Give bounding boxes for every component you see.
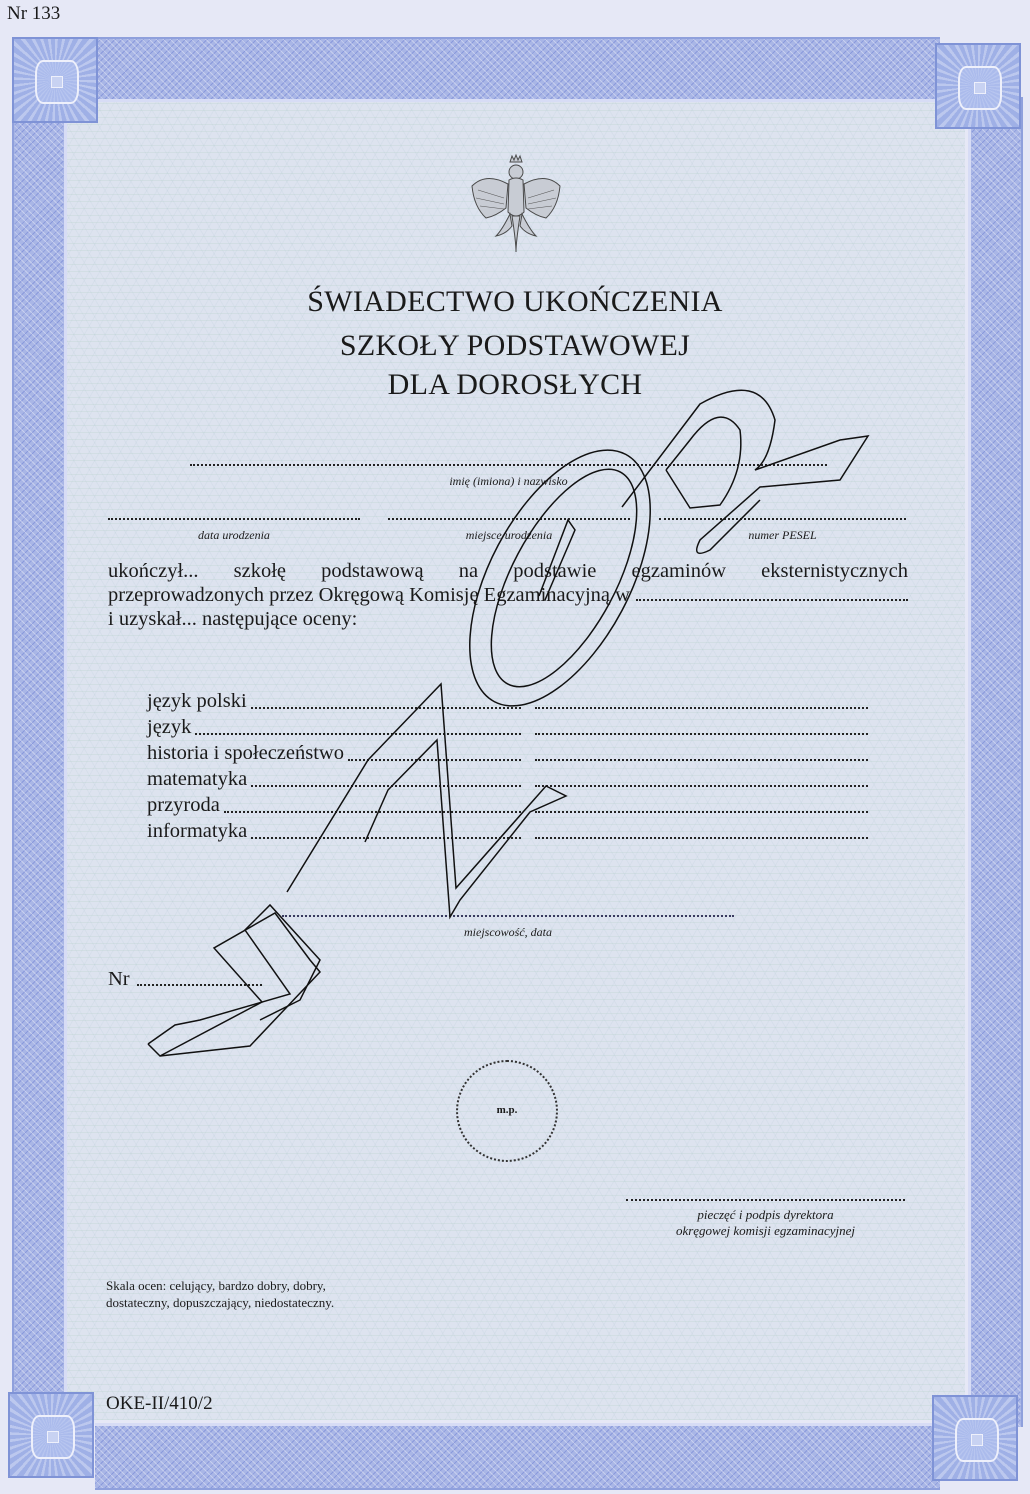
- grade-row: język polski: [147, 687, 247, 713]
- place-date-field[interactable]: [282, 915, 734, 917]
- signature-caption: pieczęć i podpis dyrektora okręgowej kom…: [626, 1207, 905, 1239]
- grade-row: matematyka: [147, 765, 247, 791]
- body-paragraph: ukończył... szkołę podstawową na podstaw…: [108, 559, 908, 631]
- grade-value-field[interactable]: [535, 837, 868, 839]
- word: szkołę: [234, 559, 286, 583]
- grade-subject: przyroda: [147, 794, 220, 817]
- grade-value-field[interactable]: [535, 811, 868, 813]
- word: egzaminów: [632, 559, 727, 583]
- polish-eagle-emblem-icon: [466, 152, 566, 257]
- grade-value-field[interactable]: [535, 785, 868, 787]
- grade-row: historia i społeczeństwo: [147, 739, 344, 765]
- corner-ornament-icon: [935, 43, 1021, 129]
- name-field[interactable]: [190, 464, 827, 466]
- signature-caption-line: okręgowej komisji egzaminacyjnej: [626, 1223, 905, 1239]
- serial-number: Nr 133: [7, 3, 60, 25]
- birth-date-field[interactable]: [108, 518, 360, 520]
- corner-ornament-icon: [932, 1395, 1018, 1481]
- grade-subject-fill: [251, 707, 521, 709]
- birth-date-caption: data urodzenia: [108, 528, 360, 543]
- body-line-1: ukończył... szkołę podstawową na podstaw…: [108, 559, 908, 583]
- grade-subject: język: [147, 716, 191, 739]
- name-caption: imię (imiona) i nazwisko: [190, 474, 827, 489]
- grade-row: informatyka: [147, 817, 247, 843]
- grade-subject: historia i społeczeństwo: [147, 742, 344, 765]
- grade-subject-fill: [195, 733, 521, 735]
- title-line-3: DLA DOROSŁYCH: [0, 366, 1030, 404]
- grade-scale-note: Skala ocen: celujący, bardzo dobry, dobr…: [106, 1277, 334, 1311]
- number-label: Nr: [108, 968, 130, 991]
- word: na: [459, 559, 478, 583]
- grade-scale-line: Skala ocen: celujący, bardzo dobry, dobr…: [106, 1277, 334, 1294]
- birth-place-caption: miejsce urodzenia: [388, 528, 630, 543]
- word: podstawie: [513, 559, 596, 583]
- grade-subject-fill: [251, 837, 521, 839]
- title-line-2: SZKOŁY PODSTAWOWEJ: [0, 327, 1030, 365]
- grade-scale-line: dostateczny, dopuszczający, niedostatecz…: [106, 1294, 334, 1311]
- grade-subject: matematyka: [147, 768, 247, 791]
- grade-subject: informatyka: [147, 820, 247, 843]
- signature-field[interactable]: [626, 1199, 905, 1201]
- grade-value-field[interactable]: [535, 733, 868, 735]
- pesel-caption: numer PESEL: [659, 528, 906, 543]
- guilloche-border-top: [95, 37, 940, 102]
- number-field[interactable]: [137, 984, 262, 986]
- title-line-1: ŚWIADECTWO UKOŃCZENIA: [0, 283, 1030, 321]
- commission-city-field[interactable]: [636, 599, 908, 601]
- word: ukończył...: [108, 559, 199, 583]
- grade-value-field[interactable]: [535, 707, 868, 709]
- birth-place-field[interactable]: [388, 518, 630, 520]
- word: podstawową: [321, 559, 423, 583]
- pesel-field[interactable]: [659, 518, 906, 520]
- grade-subject-fill: [251, 785, 521, 787]
- stamp-label: m.p.: [456, 1104, 558, 1116]
- form-code: OKE-II/410/2: [106, 1393, 213, 1415]
- signature-caption-line: pieczęć i podpis dyrektora: [626, 1207, 905, 1223]
- body-line-2: przeprowadzonych przez Okręgową Komisję …: [108, 583, 630, 607]
- place-date-caption: miejscowość, data: [282, 925, 734, 940]
- corner-ornament-icon: [12, 37, 98, 123]
- grade-subject: język polski: [147, 690, 247, 713]
- grade-subject-fill: [348, 759, 521, 761]
- word: eksternistycznych: [761, 559, 908, 583]
- grade-row: przyroda: [147, 791, 220, 817]
- grade-subject-fill: [224, 811, 521, 813]
- grade-value-field[interactable]: [535, 759, 868, 761]
- body-line-3: i uzyskał... następujące oceny:: [108, 607, 908, 631]
- corner-ornament-icon: [8, 1392, 94, 1478]
- guilloche-border-bottom: [95, 1423, 940, 1490]
- grade-row: język: [147, 713, 191, 739]
